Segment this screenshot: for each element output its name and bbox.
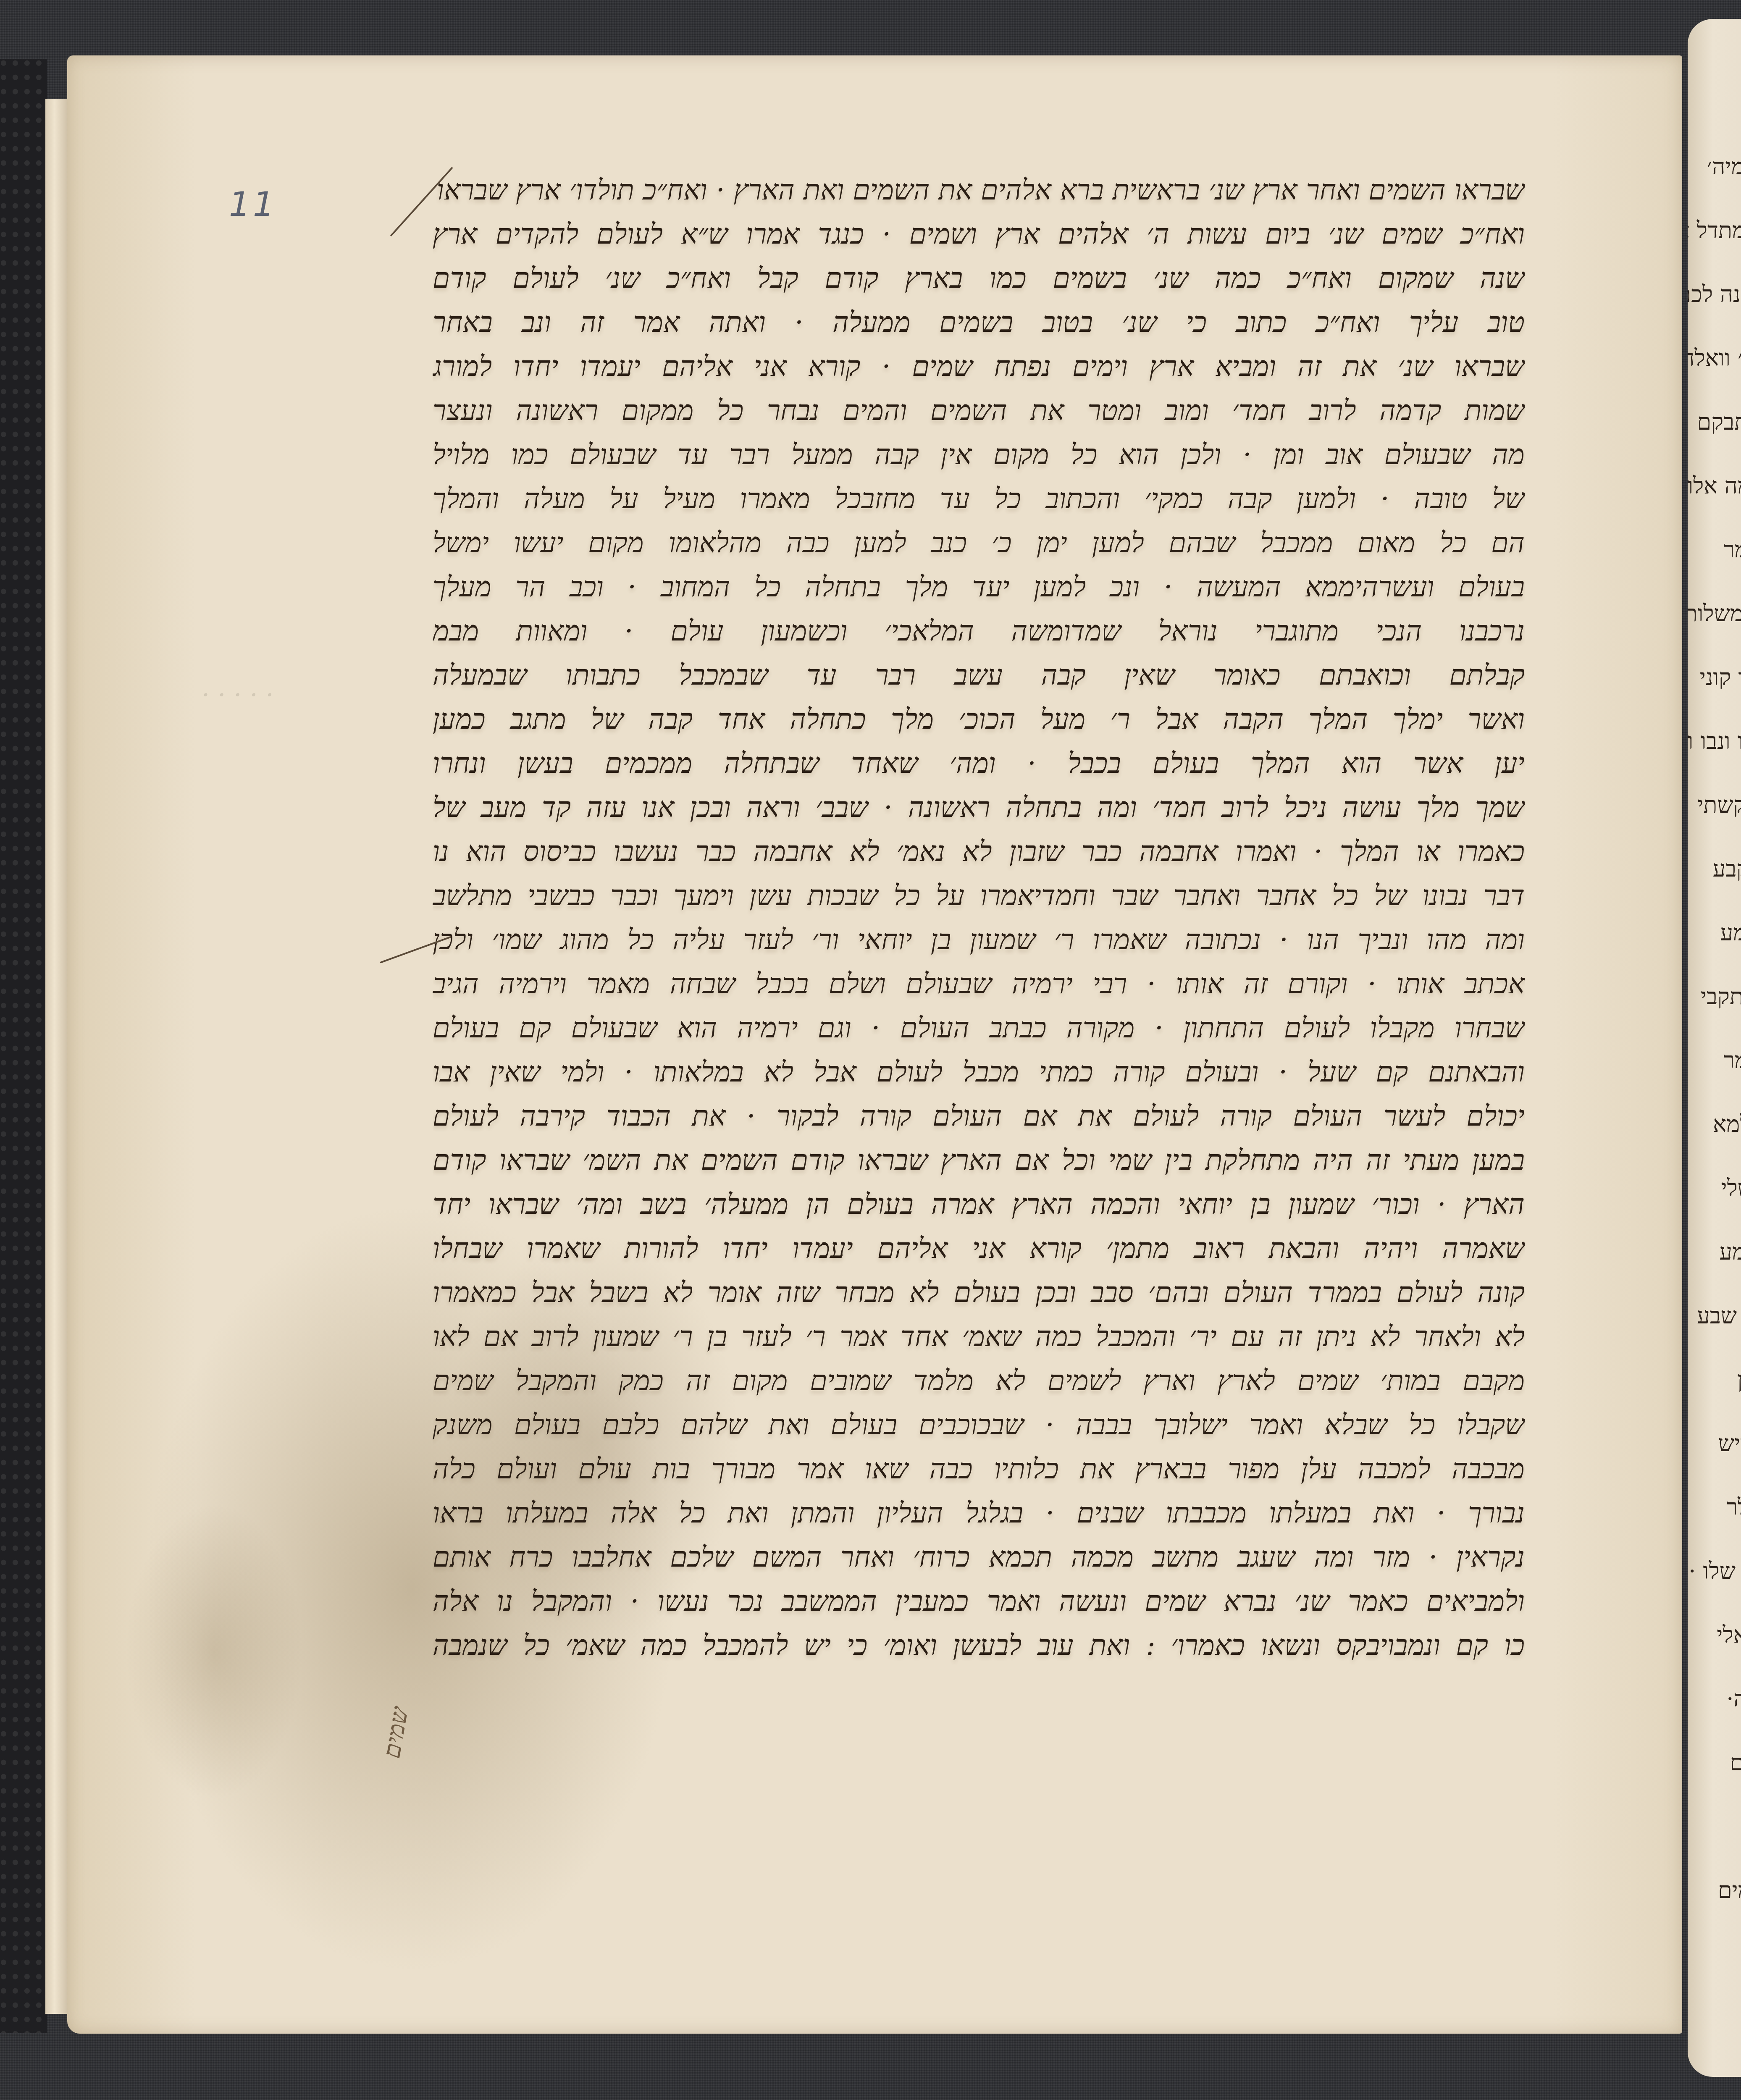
facing-page-fragment: לממשלות	[1700, 600, 1741, 627]
facing-page-fragment: ואמר	[1700, 536, 1741, 563]
text-line: כו קם ונמבויבקס ונשאו כאמרו׳ : ואת עוב ל…	[433, 1623, 1525, 1667]
text-line: שמות קדמה לרוב חמד׳ ומוב ומטר את השמים ו…	[433, 388, 1525, 433]
facing-page-fragment: תשלי	[1700, 1175, 1741, 1201]
facing-page-fragment: בט׳ וואלה	[1700, 345, 1741, 371]
text-line: יען אשר הוא המלך בעולם בכבל · ומה׳ שאחד …	[433, 741, 1525, 785]
facing-page-fragment: ונבו ונבו וכם	[1700, 728, 1741, 754]
text-line: הארץ · וכור׳ שמעון בן יוחאי והכמה הארץ א…	[433, 1182, 1525, 1226]
facing-page-fragment: עלם	[1700, 1749, 1741, 1776]
facing-page-fragment: שמים	[1700, 1877, 1741, 1903]
text-line: בעולם ועשרהיממא המעשה · ונכ למען יעד מלך…	[433, 565, 1525, 609]
text-line: שבחרו מקבלו לעולם התחתון · מקורה כבתב הע…	[433, 1006, 1525, 1050]
text-line: מה שבעולם אוב ומן · ולכן הוא כל מקום אין…	[433, 433, 1525, 477]
facing-page-fragment: אבן	[1700, 1366, 1741, 1393]
facing-page-fragment: בהתקבי	[1700, 983, 1741, 1010]
text-line: במען מעתי זה היה מתחלקת בין שמי וכל אם ה…	[433, 1138, 1525, 1182]
facing-page-fragment: הגאלי	[1700, 1622, 1741, 1648]
text-line: מקבם במות׳ שמים לארץ וארץ לשמים לא מלמד …	[433, 1359, 1525, 1403]
flyleaf-strip	[45, 99, 69, 2014]
facing-page-fragment: ונתנה לכם	[1700, 281, 1741, 307]
facing-page-fragment: רולמא	[1700, 1111, 1741, 1137]
facing-page-fragment: ומלר	[1700, 1494, 1741, 1520]
facing-page-fragment: על שבע	[1700, 1302, 1741, 1329]
text-line: ואשר ימלך המלך הקבה אבל ר׳ מעל הכוכ׳ מלך…	[433, 697, 1525, 741]
text-line: כאמרו או המלך · ואמרו אחבמה כבר שזבון לא…	[433, 829, 1525, 874]
text-line: שבראו השמים ואחר ארץ שנ׳ בראשית ברא אלהי…	[433, 168, 1525, 212]
facing-page-fragment: תמיש	[1700, 1430, 1741, 1457]
text-line: שמך מלך עושה ניכל לרוב חמד׳ ומה בתחלה רא…	[433, 785, 1525, 829]
text-line: טוב עליך ואח״כ כתוב כי שנ׳ בטוב בשמים ממ…	[433, 300, 1525, 344]
text-line: והבאתנם קם שעל · ובעולם קורה כמתי מכבל ל…	[433, 1050, 1525, 1094]
folio-number: 11	[229, 185, 277, 224]
text-line: לא ולאחר לא ניתן זה עם יר׳ והמכבל כמה שא…	[433, 1315, 1525, 1359]
text-line: נקראין · מזר ומה שעגב מתשב מכמה תכמא כרו…	[433, 1535, 1525, 1579]
text-line: שאמרה ויהיה והבאת ראוב מתמן׳ קורא אני אל…	[433, 1226, 1525, 1270]
facing-page-fragment: כבקשתי	[1700, 792, 1741, 818]
text-line: ומה מהו ונביך הנו · נכתובה שאמרו ר׳ שמעו…	[433, 918, 1525, 962]
text-line: יכולם לעשר העולם קורה לעולם את אם העולם …	[433, 1094, 1525, 1138]
text-line: מבכבה למכבה עלן מפור בבארץ את כלותיו כבה…	[433, 1447, 1525, 1491]
text-line: נרכבנו הנכי מתוגברי נוראל שמדומשה המלאכי…	[433, 609, 1525, 653]
text-line: הם כל מאום ממכבל שבהם למען ימן כ׳ כנב למ…	[433, 521, 1525, 565]
facing-page-fragment: ולמה אלוקי	[1700, 472, 1741, 499]
facing-page-fragment: וירמיה׳	[1700, 153, 1741, 180]
text-line: שקבלו כל שבלא ואמר ישלובך בבבה · שבכוכבי…	[433, 1403, 1525, 1447]
text-line: קבלתם וכואבתם כאומר שאין קבה עשב רבר עד …	[433, 653, 1525, 697]
facing-page-fragment: מגמע	[1700, 919, 1741, 946]
text-line: ואח״כ שמים שנ׳ ביום עשות ה׳ אלהים ארץ וש…	[433, 212, 1525, 256]
facing-page-fragment: מנה·	[1700, 1685, 1741, 1712]
show-through-ghost-text: · · · · ·	[202, 680, 274, 710]
binding-leather-edge	[0, 59, 47, 2033]
text-line: אכתב אותו · וקורם זה אותו · רבי ירמיה שב…	[433, 962, 1525, 1006]
text-line: של טובה · ולמען קבה כמקי׳ והכתוב כל עד מ…	[433, 477, 1525, 521]
facing-page-fragment: ומתבקם	[1700, 409, 1741, 435]
facing-page-fragment: והקבע	[1700, 856, 1741, 882]
facing-page-fragment: אר	[1700, 1813, 1741, 1840]
main-text-block: שבראו השמים ואחר ארץ שנ׳ בראשית ברא אלהי…	[433, 168, 1525, 1667]
text-line: נבורך · ואת במעלתו מכבבתו שבנים · בגלגל …	[433, 1491, 1525, 1535]
facing-page-edge: וירמיה׳ושמתדל אתונתנה לכםבט׳ וואלהומתבקם…	[1688, 19, 1741, 2077]
facing-page-fragment: ושמע	[1700, 1239, 1741, 1265]
text-line: דבר נבונו של כל אחבר ואחבר שבר וחמדיאמרו…	[433, 874, 1525, 918]
facing-page-fragment: ושמתדל את	[1700, 217, 1741, 244]
facing-page-fragment: ואמר	[1700, 1047, 1741, 1074]
text-line: קונה לעולם בממרד העולם ובהם׳ סבב ובכן בע…	[433, 1270, 1525, 1315]
text-line: שבראו שנ׳ את זה ומביא ארץ וימים נפתח שמי…	[433, 344, 1525, 388]
text-line: שנה שמקום ואח״כ כמה שנ׳ בשמים כמו בארץ ק…	[433, 256, 1525, 300]
text-line: ולמביאים כאמר שנ׳ נברא שמים ונעשה ואמר כ…	[433, 1579, 1525, 1623]
facing-page-fragment: אר שלו ·	[1700, 1558, 1741, 1584]
facing-page-fragment: יקר קוני	[1700, 664, 1741, 690]
